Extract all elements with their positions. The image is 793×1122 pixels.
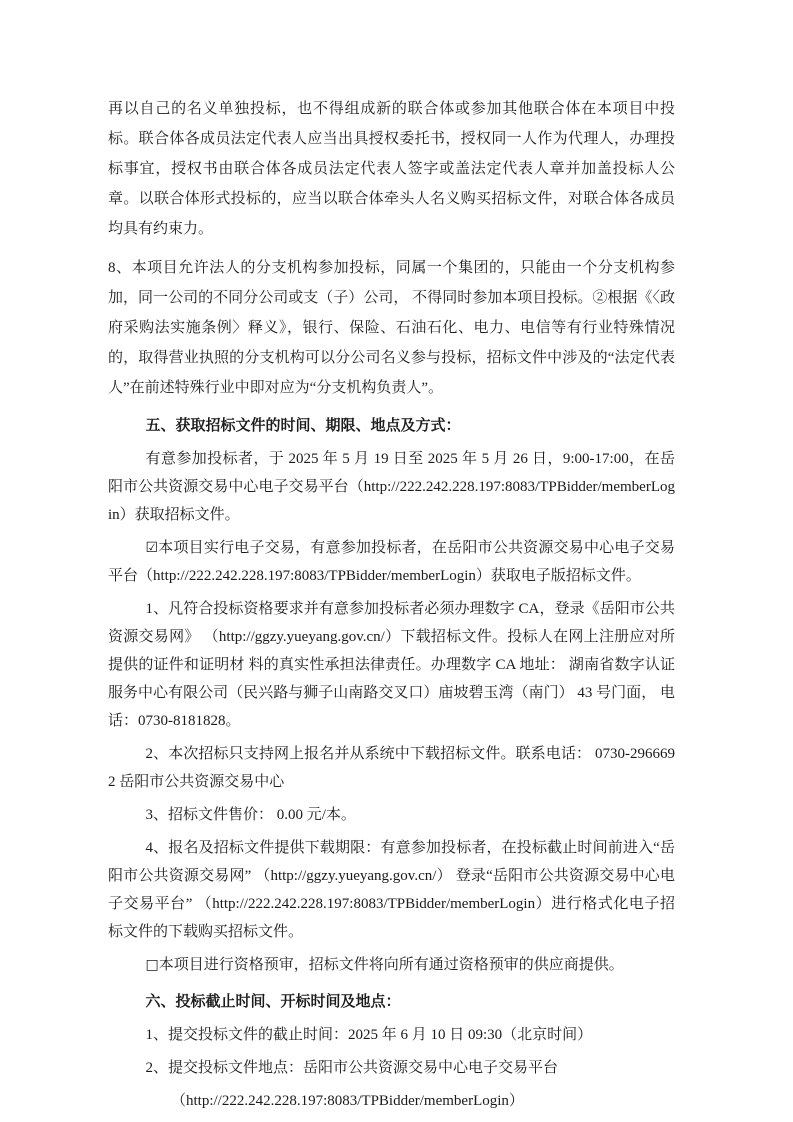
checked-checkbox-icon: ☑ — [146, 540, 159, 556]
paragraph-joint-venture-continuation: 再以自己的名义单独投标，也不得组成新的联合体或参加其他联合体在本项目中投标。联合… — [108, 94, 675, 244]
paragraph-electronic-trading: ☑本项目实行电子交易，有意参加投标者，在岳阳市公共资源交易中心电子交易平台（ht… — [108, 534, 675, 590]
paragraph-item-1-deadline: 1、提交投标文件的截止时间：2025 年 6 月 10 日 09:30（北京时间… — [108, 1021, 675, 1049]
paragraph-electronic-trading-text: 本项目实行电子交易，有意参加投标者，在岳阳市公共资源交易中心电子交易平台（htt… — [108, 540, 675, 584]
document-page: 再以自己的名义单独投标，也不得组成新的联合体或参加其他联合体在本项目中投标。联合… — [0, 0, 793, 1122]
section-heading-obtain-documents: 五、获取招标文件的时间、期限、地点及方式： — [108, 412, 675, 440]
paragraph-item-8-branch-rule: 8、本项目允许法人的分支机构参加投标，同属一个集团的，只能由一个分支机构参加，同… — [108, 253, 675, 403]
section-heading-bid-deadline: 六、投标截止时间、开标时间及地点： — [108, 988, 675, 1016]
paragraph-item-2-submission-place: 2、提交投标文件地点：岳阳市公共资源交易中心电子交易平台 — [108, 1054, 675, 1082]
unchecked-checkbox-icon: □ — [146, 957, 159, 973]
paragraph-item-1-digital-ca: 1、凡符合投标资格要求并有意参加投标者必须办理数字 CA，登录《岳阳市公共资源交… — [108, 595, 675, 735]
paragraph-item-3-document-price: 3、招标文件售价： 0.00 元/本。 — [108, 801, 675, 829]
paragraph-submission-url: （http://222.242.228.197:8083/TPBidder/me… — [108, 1087, 675, 1115]
paragraph-section-5-intro: 有意参加投标者，于 2025 年 5 月 19 日至 2025 年 5 月 26… — [108, 445, 675, 529]
paragraph-prequalification: □本项目进行资格预审，招标文件将向所有通过资格预审的供应商提供。 — [108, 951, 675, 979]
paragraph-item-4-download-period: 4、报名及招标文件提供下载期限：有意参加投标者，在投标截止时间前进入“岳阳市公共… — [108, 834, 675, 946]
paragraph-prequalification-text: 本项目进行资格预审，招标文件将向所有通过资格预审的供应商提供。 — [159, 957, 624, 973]
paragraph-item-2-online-registration: 2、本次招标只支持网上报名并从系统中下载招标文件。联系电话： 0730-2966… — [108, 740, 675, 796]
